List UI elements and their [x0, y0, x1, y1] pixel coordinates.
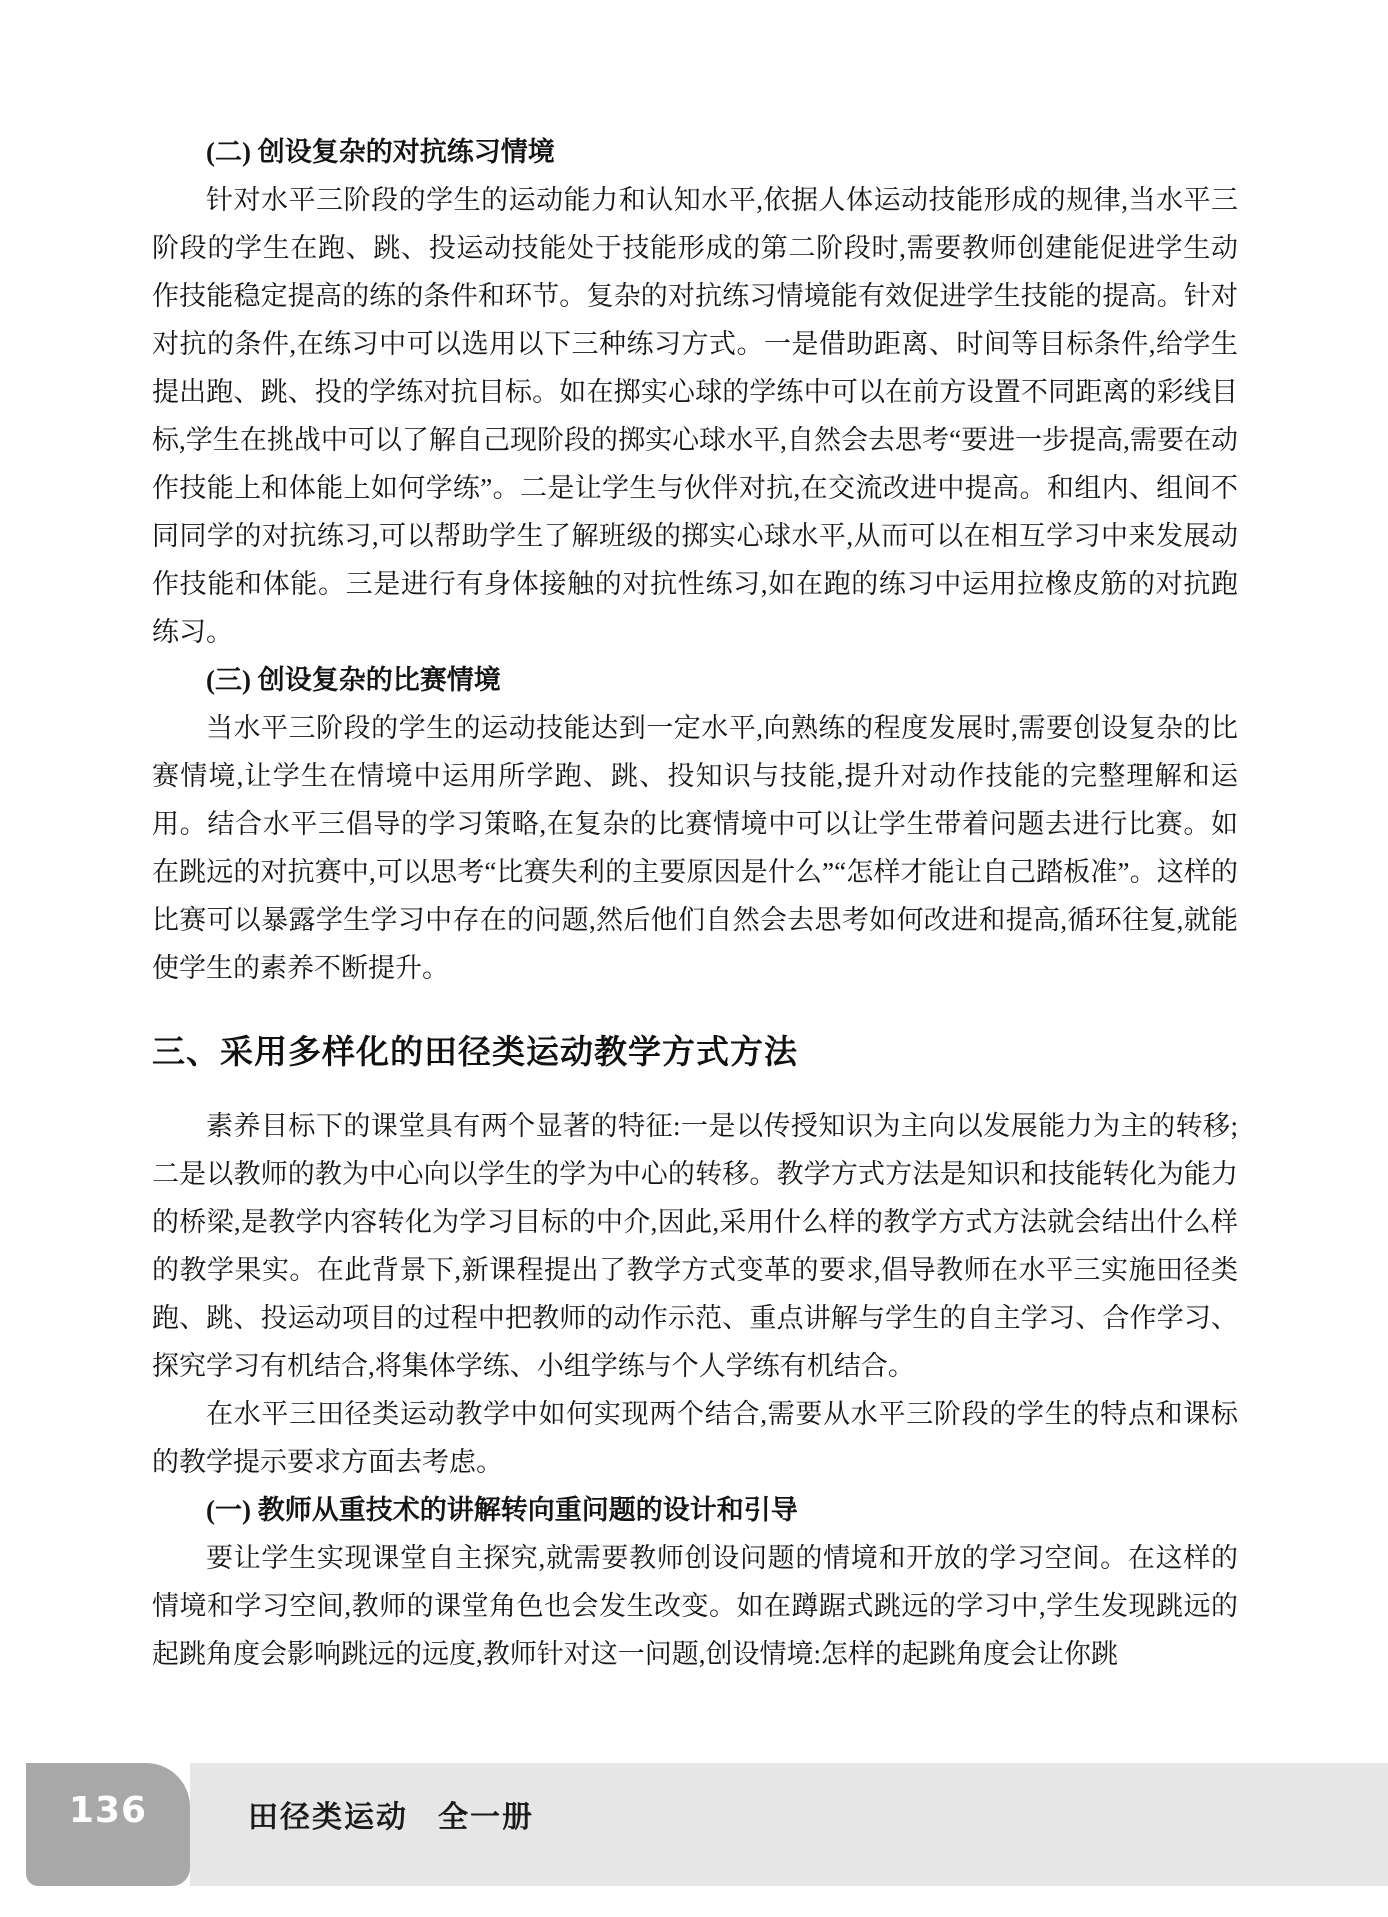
- paragraph-teacher-role-shift: 要让学生实现课堂自主探究,就需要教师创设问题的情境和开放的学习空间。在这样的情境…: [152, 1534, 1238, 1678]
- footer-volume-text: 全一册: [438, 1801, 534, 1834]
- book-page: (二) 创设复杂的对抗练习情境 针对水平三阶段的学生的运动能力和认知水平,依据人…: [0, 0, 1388, 1917]
- page-content: (二) 创设复杂的对抗练习情境 针对水平三阶段的学生的运动能力和认知水平,依据人…: [152, 128, 1238, 1678]
- paragraph-confrontation-practice: 针对水平三阶段的学生的运动能力和认知水平,依据人体运动技能形成的规律,当水平三阶…: [152, 176, 1238, 656]
- footer-title-text: 田径类运动: [248, 1801, 408, 1834]
- footer-bar: 田径类运动全一册: [190, 1763, 1388, 1886]
- page-number: 136: [69, 1790, 147, 1831]
- paragraph-teaching-methods-1: 素养目标下的课堂具有两个显著的特征:一是以传授知识为主向以发展能力为主的转移;二…: [152, 1102, 1238, 1390]
- section-heading-teaching-methods: 三、采用多样化的田径类运动教学方式方法: [152, 1028, 1238, 1076]
- subheading-competition-context: (三) 创设复杂的比赛情境: [152, 656, 1238, 704]
- footer-book-title: 田径类运动全一册: [248, 1792, 534, 1836]
- paragraph-teaching-methods-2: 在水平三田径类运动教学中如何实现两个结合,需要从水平三阶段的学生的特点和课标的教…: [152, 1390, 1238, 1486]
- page-number-tab: 136: [26, 1763, 190, 1886]
- subheading-teacher-role-shift: (一) 教师从重技术的讲解转向重问题的设计和引导: [152, 1486, 1238, 1534]
- paragraph-competition-context: 当水平三阶段的学生的运动技能达到一定水平,向熟练的程度发展时,需要创设复杂的比赛…: [152, 704, 1238, 992]
- subheading-confrontation-practice: (二) 创设复杂的对抗练习情境: [152, 128, 1238, 176]
